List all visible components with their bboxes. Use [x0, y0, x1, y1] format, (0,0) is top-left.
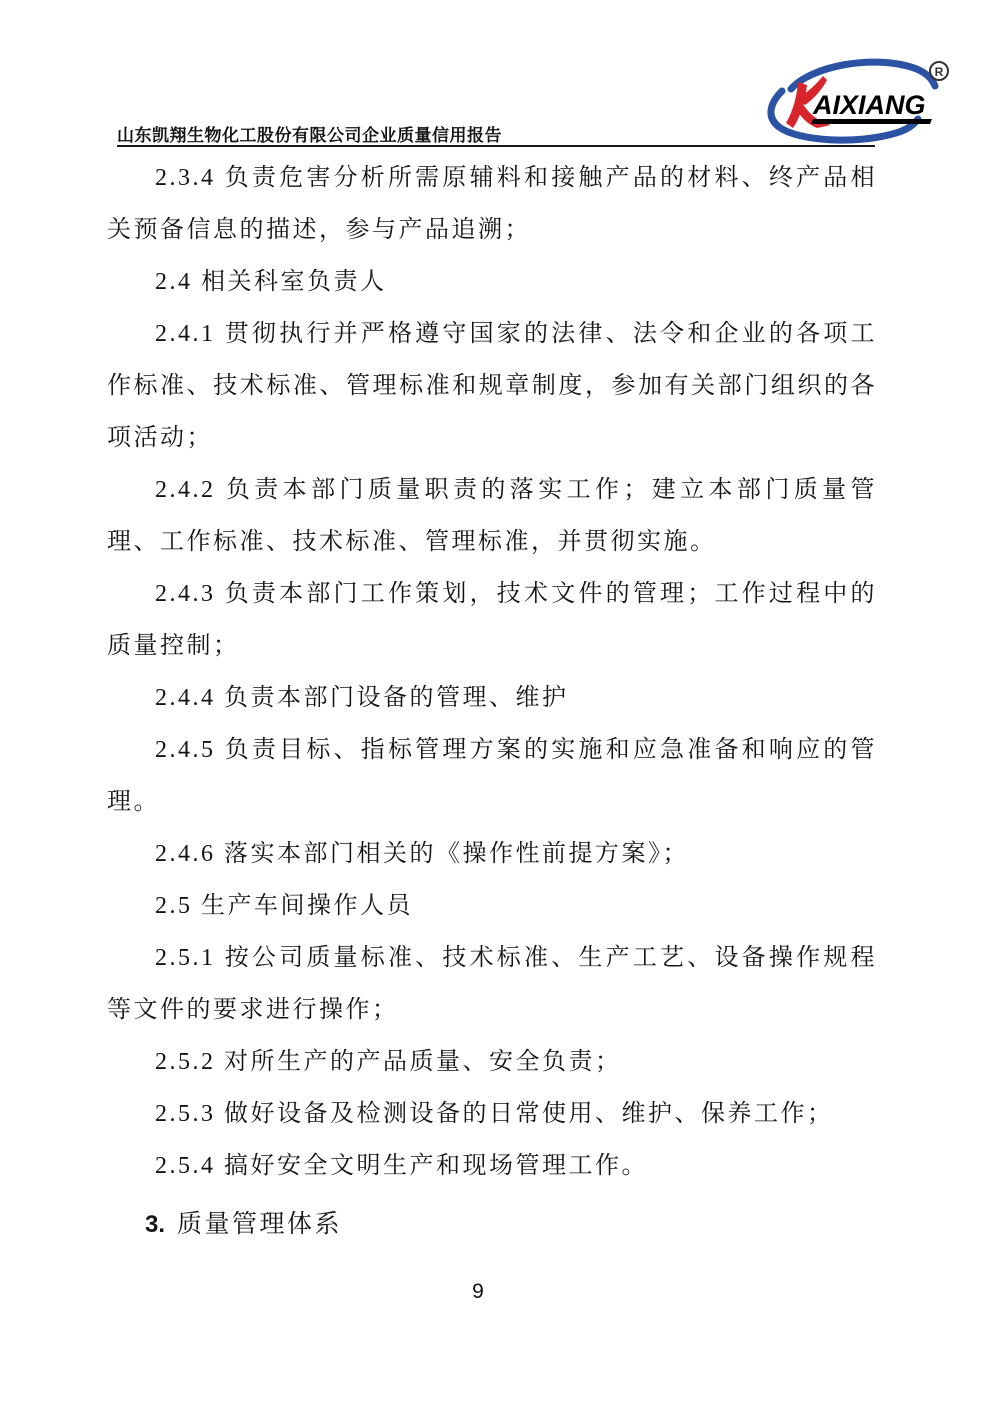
logo-brand-text: AIXIANG	[812, 90, 926, 120]
report-header: AIXIANG R 山东凯翔生物化工股份有限公司企业质量信用报告	[0, 0, 992, 148]
header-rule	[117, 145, 875, 147]
body-paragraph: 2.5.2 对所生产的产品质量、安全负责；	[107, 1036, 877, 1088]
body-paragraph: 2.5 生产车间操作人员	[107, 880, 877, 932]
logo-registered-mark: R	[935, 65, 944, 79]
body-paragraph: 2.5.3 做好设备及检测设备的日常使用、维护、保养工作；	[107, 1088, 877, 1140]
body-paragraph: 2.5.4 搞好安全文明生产和现场管理工作。	[107, 1140, 877, 1192]
body-paragraph: 2.4.6 落实本部门相关的《操作性前提方案》；	[107, 828, 877, 880]
body-paragraph: 2.4.3 负责本部门工作策划，技术文件的管理；工作过程中的质量控制；	[107, 568, 877, 672]
page-footer: 9	[0, 1280, 956, 1304]
document-body: 2.3.4 负责危害分析所需原辅料和接触产品的材料、终产品相关预备信息的描述，参…	[107, 152, 877, 1251]
body-paragraph: 2.5.1 按公司质量标准、技术标准、生产工艺、设备操作规程等文件的要求进行操作…	[107, 932, 877, 1036]
document-page: AIXIANG R 山东凯翔生物化工股份有限公司企业质量信用报告 2.3.4 负…	[0, 0, 992, 1403]
page-number: 9	[472, 1280, 484, 1303]
kaixiang-logo: AIXIANG R	[753, 58, 953, 146]
section-3-heading: 3.质量管理体系	[107, 1199, 877, 1251]
section-number: 3.	[145, 1211, 165, 1238]
body-paragraph: 2.4.2 负责本部门质量职责的落实工作；建立本部门质量管理、工作标准、技术标准…	[107, 464, 877, 568]
logo-underline	[811, 119, 932, 124]
body-paragraph: 2.4 相关科室负责人	[107, 256, 877, 308]
body-paragraph: 2.4.4 负责本部门设备的管理、维护	[107, 672, 877, 724]
logo-top-swoosh-icon	[791, 62, 935, 89]
header-title: 山东凯翔生物化工股份有限公司企业质量信用报告	[117, 121, 502, 146]
body-paragraph: 2.4.1 贯彻执行并严格遵守国家的法律、法令和企业的各项工作标准、技术标准、管…	[107, 308, 877, 464]
section-title: 质量管理体系	[177, 1211, 342, 1238]
body-paragraph: 2.3.4 负责危害分析所需原辅料和接触产品的材料、终产品相关预备信息的描述，参…	[107, 152, 877, 256]
body-paragraph: 2.4.5 负责目标、指标管理方案的实施和应急准备和响应的管理。	[107, 724, 877, 828]
